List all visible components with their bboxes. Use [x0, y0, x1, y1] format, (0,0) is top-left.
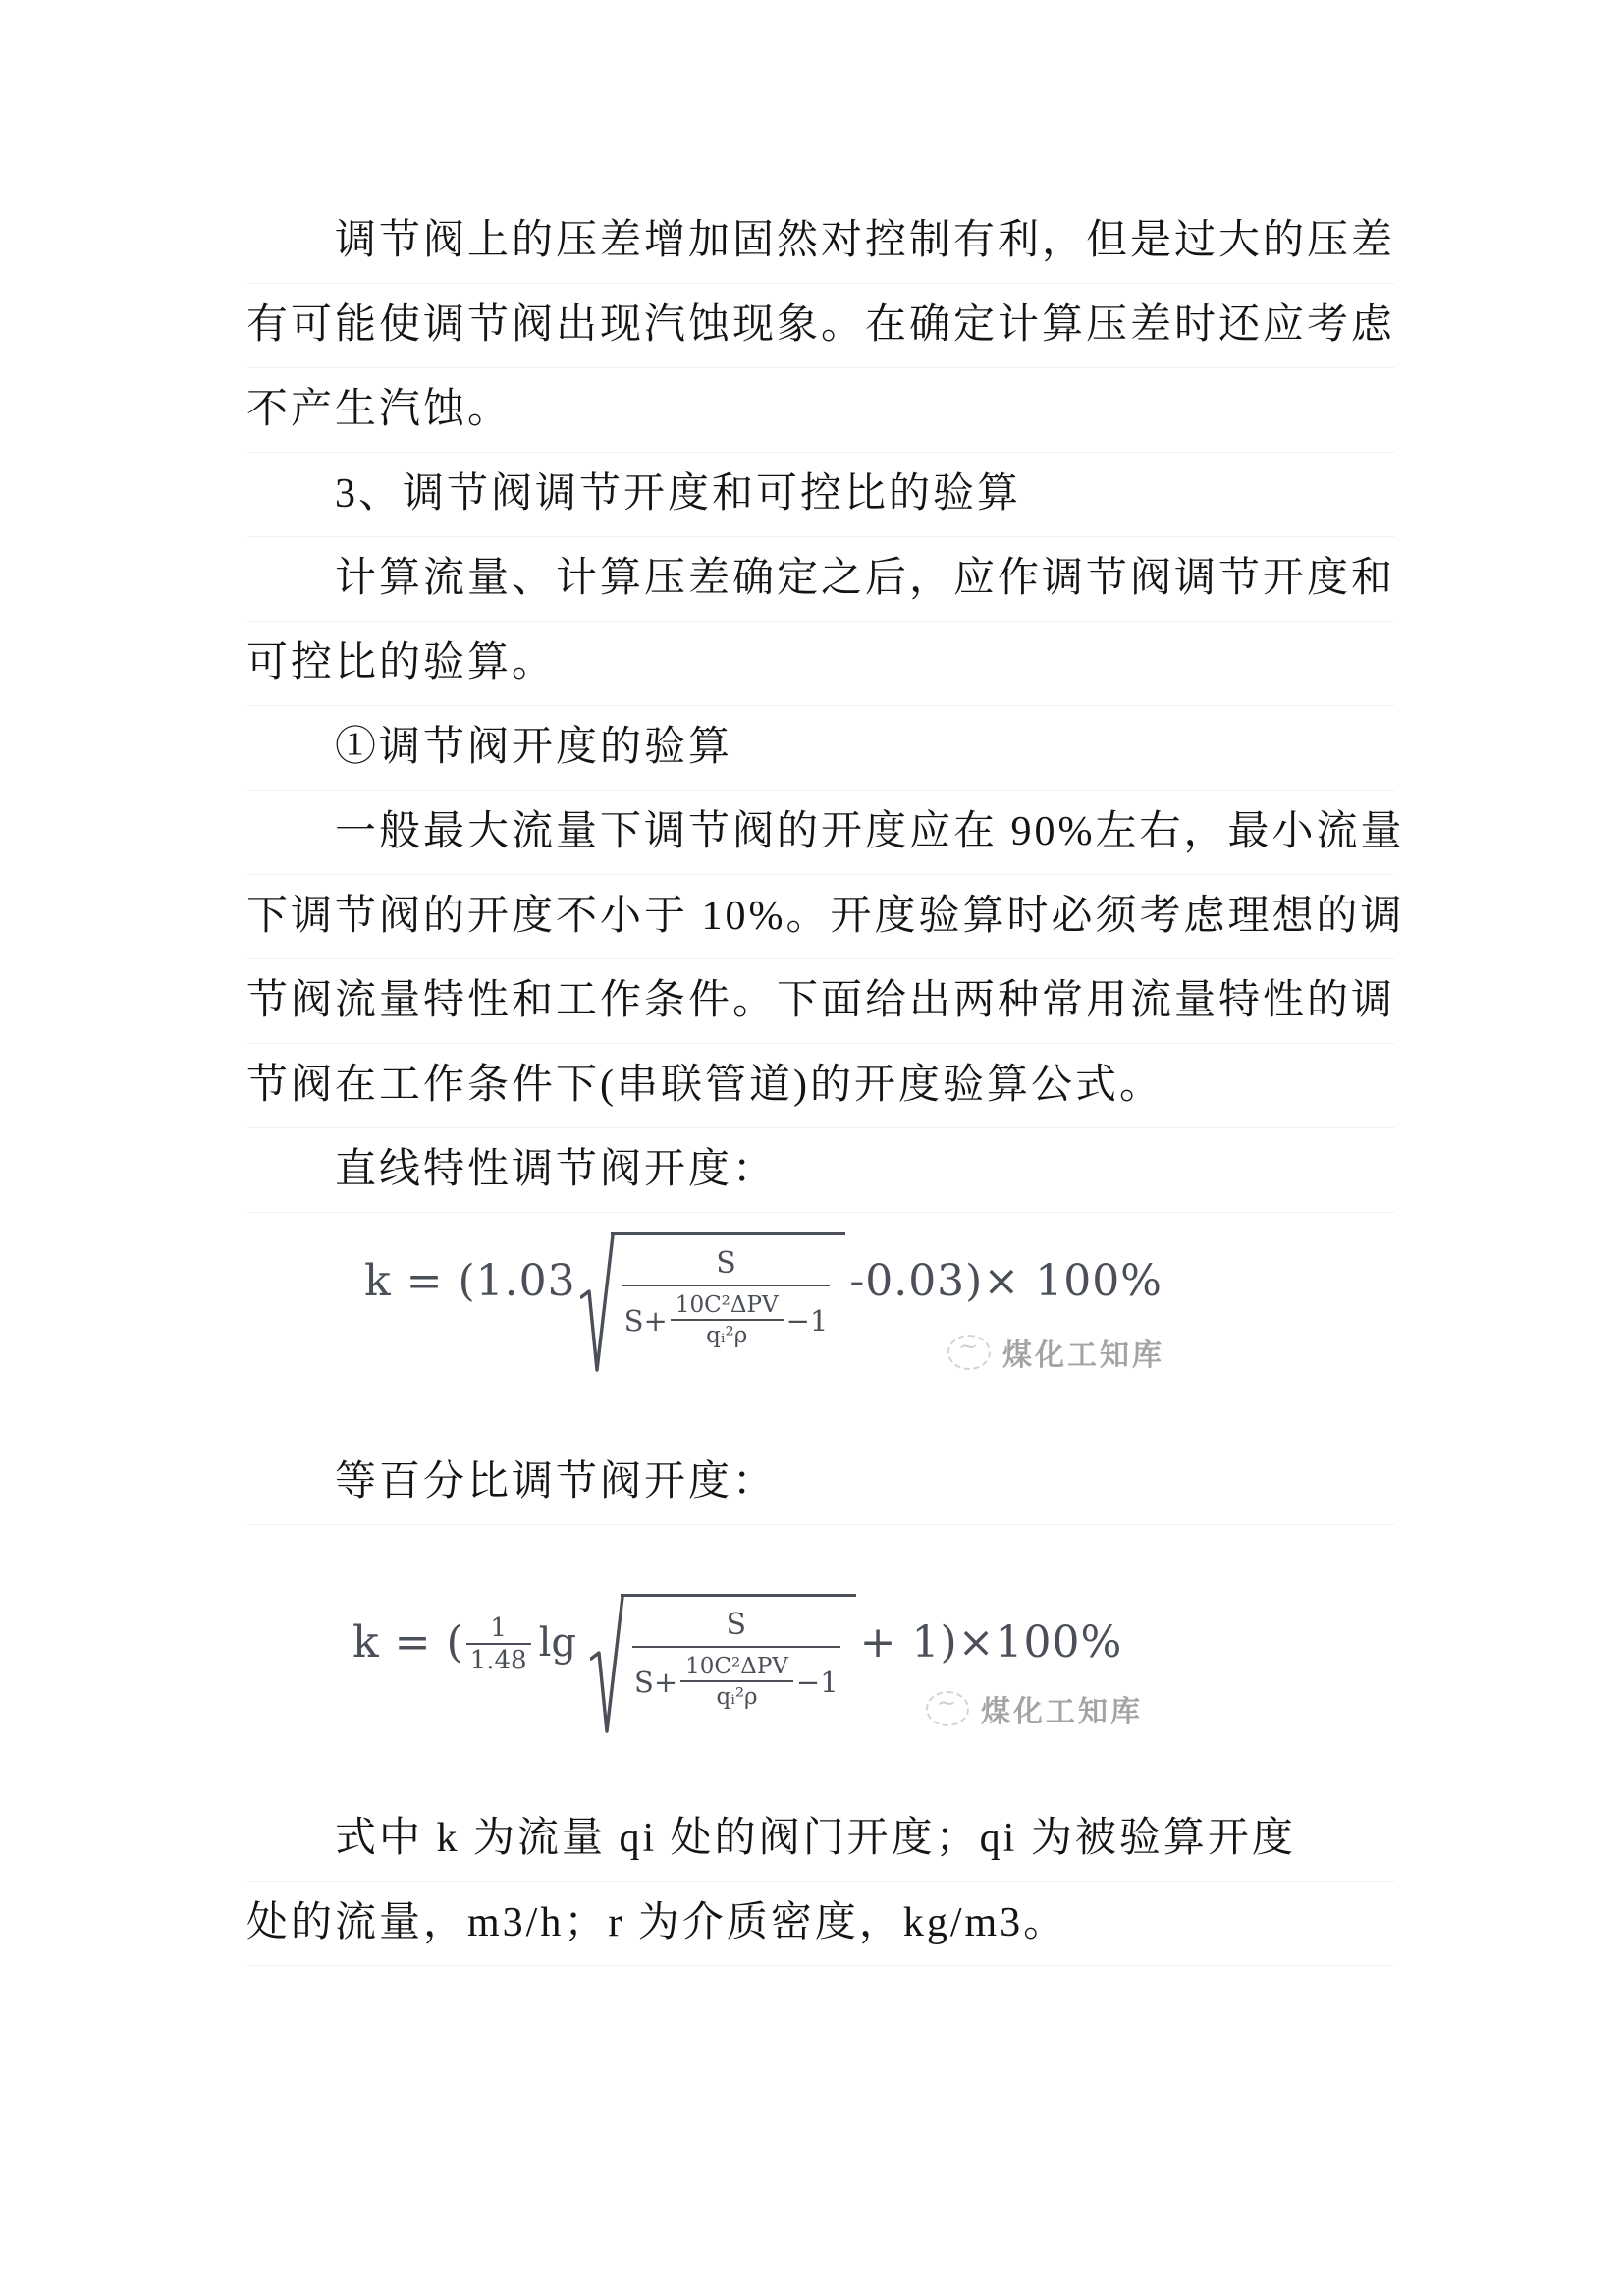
watermark-text: 煤化工知库 [981, 1687, 1143, 1730]
fraction: S S+ 10C²ΔPV qᵢ²ρ −1 [632, 1605, 840, 1714]
formula-lead: k = ( [352, 1621, 464, 1665]
coefficient-numerator: 1 [490, 1613, 507, 1643]
watermark-text: 煤化工知库 [1002, 1331, 1164, 1374]
text-line: 节阀在工作条件下(串联管道)的开度验算公式。 [246, 1044, 1395, 1128]
denominator-suffix: −1 [786, 1307, 829, 1336]
text-line: 下调节阀的开度不小于 10%。开度验算时必须考虑理想的调 [246, 875, 1395, 959]
inner-denominator: qᵢ²ρ [716, 1682, 757, 1712]
section-heading: 3、调节阀调节开度和可控比的验算 [246, 453, 1395, 537]
text-line: 节阀流量特性和工作条件。下面给出两种常用流量特性的调 [246, 959, 1395, 1044]
text-line: 可控比的验算。 [246, 622, 1395, 706]
formula-tail: -0.03)× 100% [849, 1260, 1163, 1303]
text-line: 有可能使调节阀出现汽蚀现象。在确定计算压差时还应考虑 [246, 284, 1395, 368]
text-line: 调节阀上的压差增加固然对控制有利，但是过大的压差 [246, 199, 1395, 284]
denominator-prefix: S+ [634, 1668, 677, 1697]
formula-caption-linear: 直线特性调节阀开度： [246, 1128, 1395, 1213]
document-page: 调节阀上的压差增加固然对控制有利，但是过大的压差 有可能使调节阀出现汽蚀现象。在… [0, 0, 1623, 2296]
fraction-numerator: S [708, 1243, 744, 1285]
text-line: 式中 k 为流量 qi 处的阀门开度；qi 为被验算开度 [246, 1797, 1395, 1882]
text-line: 处的流量，m3/h；r 为介质密度，kg/m3。 [246, 1882, 1395, 1966]
fraction: S S+ 10C²ΔPV qᵢ²ρ −1 [622, 1243, 831, 1352]
formula-lead: k = (1.03 [364, 1260, 576, 1303]
inner-fraction: 10C²ΔPV qᵢ²ρ [671, 1292, 784, 1350]
square-root: S S+ 10C²ΔPV qᵢ²ρ −1 [580, 1232, 846, 1380]
watermark: 煤化工知库 [926, 1687, 1143, 1730]
fraction-denominator: S+ 10C²ΔPV qᵢ²ρ −1 [622, 1285, 831, 1352]
inner-fraction: 10C²ΔPV qᵢ²ρ [680, 1654, 793, 1712]
square-root: S S+ 10C²ΔPV qᵢ²ρ −1 [590, 1594, 856, 1741]
coefficient-fraction: 1 1.48 [466, 1613, 531, 1676]
denominator-suffix: −1 [796, 1668, 839, 1697]
sub-heading: ①调节阀开度的验算 [246, 706, 1395, 791]
watermark: 煤化工知库 [947, 1331, 1164, 1374]
text-line: 计算流量、计算压差确定之后，应作调节阀调节开度和 [246, 537, 1395, 622]
radicand: S S+ 10C²ΔPV qᵢ²ρ −1 [611, 1232, 846, 1352]
coefficient-denominator: 1.48 [466, 1643, 531, 1676]
fraction-numerator: S [719, 1605, 755, 1646]
inner-numerator: 10C²ΔPV [671, 1292, 784, 1321]
formula-equal-percent-valve-opening: k = ( 1 1.48 lg S S+ 10C²ΔPV [352, 1594, 1395, 1741]
formula-caption-equal-percent: 等百分比调节阀开度： [246, 1441, 1395, 1525]
text-line: 不产生汽蚀。 [246, 368, 1395, 453]
denominator-prefix: S+ [624, 1307, 668, 1336]
radicand: S S+ 10C²ΔPV qᵢ²ρ −1 [621, 1594, 856, 1714]
fraction-denominator: S+ 10C²ΔPV qᵢ²ρ −1 [632, 1646, 840, 1714]
watermark-logo-icon [926, 1691, 969, 1726]
formula-tail: + 1)×100% [860, 1621, 1123, 1665]
document-body: 调节阀上的压差增加固然对控制有利，但是过大的压差 有可能使调节阀出现汽蚀现象。在… [246, 199, 1395, 1966]
formula-linear-valve-opening: k = (1.03 S S+ 10C²ΔPV qᵢ²ρ − [364, 1232, 1395, 1380]
inner-denominator: qᵢ²ρ [706, 1321, 747, 1350]
text-line: 一般最大流量下调节阀的开度应在 90%左右，最小流量 [246, 791, 1395, 875]
log-operator: lg [539, 1621, 576, 1665]
inner-numerator: 10C²ΔPV [680, 1654, 793, 1682]
watermark-logo-icon [947, 1335, 991, 1370]
